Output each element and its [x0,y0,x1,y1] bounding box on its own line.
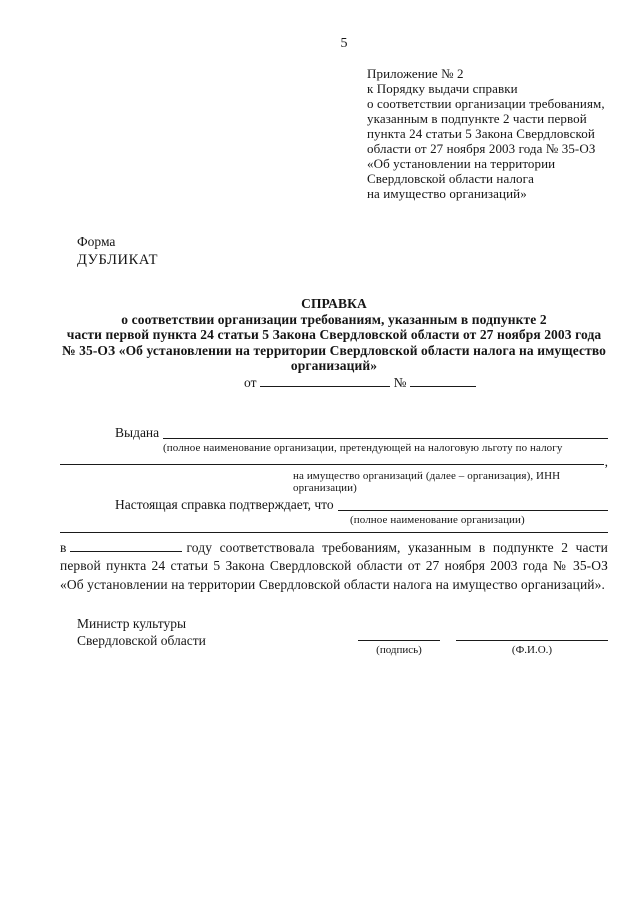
minister-title-line: Министр культуры [77,615,358,632]
confirm-fill-line [338,510,608,511]
signature-caption: (подпись) [358,641,440,656]
fio-fill-line [456,615,608,641]
number-label: № [394,375,407,390]
title-line: части первой пункта 24 статьи 5 Закона С… [60,327,608,343]
date-from-label: от [244,375,257,390]
number-fill-line [410,384,476,387]
signature-column: (подпись) [358,615,440,656]
year-prefix-label: в [60,540,66,555]
minister-title: Министр культуры Свердловской области [77,615,358,649]
certificate-title: СПРАВКА о соответствии организации требо… [60,296,608,391]
appendix-block: Приложение № 2 к Порядку выдачи справки … [367,66,608,201]
appendix-line: о соответствии организации требованиям, [367,96,608,111]
page-number: 5 [60,36,608,52]
org-name-fill-line [163,438,608,439]
certificate-body: Выдана (полное наименование организации,… [60,424,608,595]
confirm-label: Настоящая справка подтверждает, что [115,496,338,514]
org-name-fill-line-2 [60,464,604,465]
issued-row: Выдана [60,424,608,442]
date-number-line: от № [60,375,608,391]
appendix-line: к Порядку выдачи справки [367,81,608,96]
year-fill-line [70,549,182,552]
org-name-caption-3: (полное наименование организации) [350,514,608,526]
compliance-text: году соответствовала требованиям, указан… [60,540,608,592]
minister-title-line: Свердловской области [77,632,358,649]
issued-label: Выдана [115,424,163,442]
org-name-caption-1: (полное наименование организации, претен… [163,442,608,454]
fio-caption: (Ф.И.О.) [456,641,608,656]
org-name-wrap-row: , [60,454,608,468]
title-line: о соответствии организации требованиям, … [60,312,608,328]
appendix-line: «Об установлении на территории [367,156,608,171]
org-name-fill-line-3 [60,532,608,533]
document-page: 5 Приложение № 2 к Порядку выдачи справк… [0,0,640,905]
trailing-comma: , [604,456,608,468]
duplicate-label: ДУБЛИКАТ [77,251,608,269]
appendix-line: Свердловской области налога [367,171,608,186]
date-fill-line [260,384,390,387]
appendix-line: на имущество организаций» [367,186,608,201]
signature-fill-line [358,615,440,641]
title-heading: СПРАВКА [60,296,608,312]
appendix-line: области от 27 ноября 2003 года № 35-ОЗ [367,141,608,156]
title-line: организаций» [60,358,608,374]
form-label: Форма [77,233,608,251]
title-line: № 35-ОЗ «Об установлении на территории С… [60,343,608,359]
form-type-block: Форма ДУБЛИКАТ [77,233,608,269]
appendix-line: пункта 24 статьи 5 Закона Свердловской [367,126,608,141]
fio-column: (Ф.И.О.) [456,615,608,656]
appendix-line: указанным в подпункте 2 части первой [367,111,608,126]
signature-block: Министр культуры Свердловской области (п… [60,615,608,656]
org-name-wrap-row-2 [60,526,608,536]
compliance-paragraph: вгоду соответствовала требованиям, указа… [60,539,608,595]
org-name-caption-2: на имущество организаций (далее – органи… [293,470,608,494]
appendix-line: Приложение № 2 [367,66,608,81]
confirm-row: Настоящая справка подтверждает, что [60,496,608,514]
